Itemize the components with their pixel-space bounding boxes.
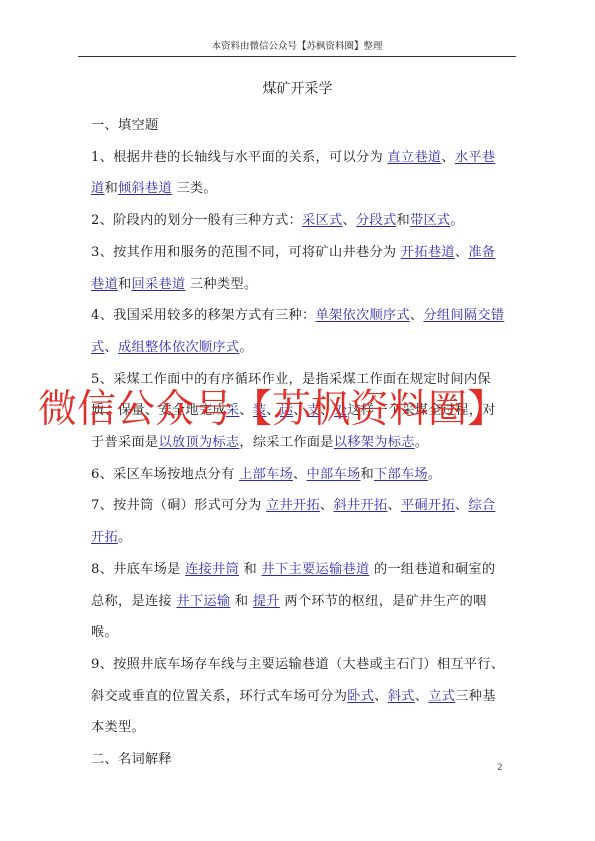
question-text: ，综采工作面是 (239, 435, 333, 450)
question-text: 、 (455, 498, 469, 513)
question-item: 9、按照井底车场存车线与主要运输巷道（大巷或主石门）相互平行、斜交或垂直的位置关… (91, 649, 506, 744)
question-text: 6、采区车场按地点分有 (91, 467, 239, 482)
answer-link[interactable]: 井下运输 (176, 594, 230, 609)
answer-link[interactable]: 中部车场 (307, 467, 361, 482)
page-header: 本资料由微信公众号【苏枫资料圈】整理 (78, 40, 516, 57)
answer-link[interactable]: 斜式 (388, 689, 415, 704)
question-text: 和 (396, 213, 410, 228)
answer-link[interactable]: 单架依次顺序式 (316, 308, 410, 323)
question-text: 、 (415, 689, 429, 704)
question-item: 3、按其作用和服务的范围不同，可将矿山井巷分为 开拓巷道、准备巷道和回采巷道 三… (91, 237, 506, 300)
answer-link[interactable]: 下部车场 (374, 467, 428, 482)
watermark: 微信公众号【苏枫资料圈】 (38, 386, 578, 434)
question-text: 和 (360, 467, 374, 482)
question-text: 。 (239, 340, 253, 355)
question-text: 、 (320, 498, 334, 513)
answer-link[interactable]: 井下主要运输巷道 (262, 562, 370, 577)
question-text: 1、根据井巷的长轴线与水平面的关系，可以分为 (91, 150, 387, 165)
answer-link[interactable]: 提升 (253, 594, 280, 609)
question-item: 7、按井筒（硐）形式可分为 立井开拓、斜井开拓、平硐开拓、综合开拓。 (91, 490, 506, 553)
answer-link[interactable]: 采区式 (302, 213, 342, 228)
question-text: 、 (374, 689, 388, 704)
question-text: 、 (105, 340, 119, 355)
page-number: 2 (497, 763, 503, 773)
answer-link[interactable]: 带区式 (410, 213, 450, 228)
document-body: 一、填空题 1、根据井巷的长轴线与水平面的关系，可以分为 直立巷道、水平巷道和倾… (91, 110, 506, 776)
answer-link[interactable]: 成组整体依次顺序式 (118, 340, 239, 355)
question-text: 、 (441, 150, 455, 165)
question-text: 和 (118, 277, 132, 292)
answer-link[interactable]: 上部车场 (239, 467, 293, 482)
question-text: 。 (415, 435, 429, 450)
question-text: 。 (118, 530, 132, 545)
answer-link[interactable]: 倾斜巷道 (118, 181, 172, 196)
answer-link[interactable]: 分段式 (356, 213, 396, 228)
question-text: 和 (105, 181, 119, 196)
question-text: 、 (410, 308, 424, 323)
question-text: 2、阶段内的划分一般有三种方式： (91, 213, 302, 228)
section-heading-term-definition: 二、名词解释 (91, 744, 506, 776)
question-text: 、 (293, 467, 307, 482)
question-text: 。 (450, 213, 464, 228)
question-item: 1、根据井巷的长轴线与水平面的关系，可以分为 直立巷道、水平巷道和倾斜巷道 三类… (91, 142, 506, 205)
question-text: 3、按其作用和服务的范围不同，可将矿山井巷分为 (91, 245, 401, 260)
question-text: 4、我国采用较多的移架方式有三种： (91, 308, 316, 323)
answer-link[interactable]: 卧式 (347, 689, 374, 704)
answer-link[interactable]: 立式 (428, 689, 455, 704)
answer-link[interactable]: 平硐开拓 (401, 498, 455, 513)
question-item: 8、井底车场是 连接井筒 和 井下主要运输巷道 的一组巷道和硐室的总称，是连接 … (91, 554, 506, 649)
document-title: 煤矿开采学 (0, 78, 595, 98)
question-text: 。 (428, 467, 442, 482)
question-item: 2、阶段内的划分一般有三种方式：采区式、分段式和带区式。 (91, 205, 506, 237)
question-text: 、 (387, 498, 401, 513)
question-item: 6、采区车场按地点分有 上部车场、中部车场和下部车场。 (91, 459, 506, 491)
question-text: 三类。 (172, 181, 217, 196)
question-item: 4、我国采用较多的移架方式有三种：单架依次顺序式、分组间隔交错式、成组整体依次顺… (91, 300, 506, 363)
question-text: 7、按井筒（硐）形式可分为 (91, 498, 266, 513)
answer-link[interactable]: 以放顶为标志 (158, 435, 239, 450)
answer-link[interactable]: 斜井开拓 (333, 498, 387, 513)
answer-link[interactable]: 以移架为标志 (334, 435, 415, 450)
answer-link[interactable]: 立井开拓 (266, 498, 320, 513)
answer-link[interactable]: 开拓巷道 (401, 245, 455, 260)
question-text: 、 (342, 213, 356, 228)
question-text: 和 (230, 594, 252, 609)
answer-link[interactable]: 直立巷道 (387, 150, 441, 165)
question-text: 三种类型。 (185, 277, 257, 292)
section-heading-fill-blank: 一、填空题 (91, 110, 506, 142)
question-text: 、 (455, 245, 469, 260)
question-text: 8、井底车场是 (91, 562, 185, 577)
answer-link[interactable]: 连接井筒 (185, 562, 239, 577)
question-list: 1、根据井巷的长轴线与水平面的关系，可以分为 直立巷道、水平巷道和倾斜巷道 三类… (91, 142, 506, 744)
answer-link[interactable]: 回采巷道 (131, 277, 185, 292)
question-text: 和 (239, 562, 261, 577)
